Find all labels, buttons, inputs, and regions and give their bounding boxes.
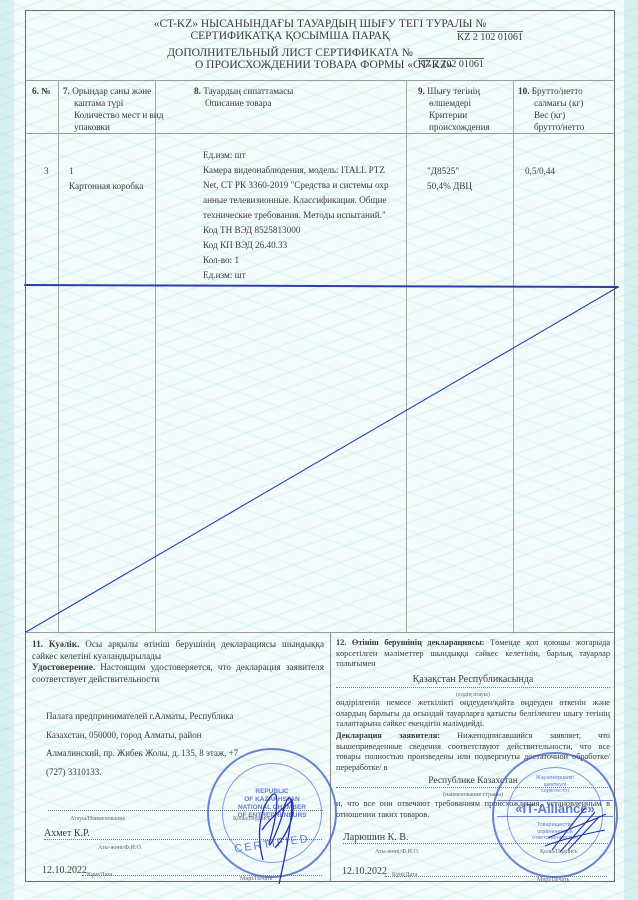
company-stamp-bottom: Товарищество ограниченной ответственност… <box>520 822 590 842</box>
chamber-stamp-text: REPUBLIC OF KAZAKHSTAN NATIONAL CHAMBER … <box>232 788 312 820</box>
col-divider <box>513 80 514 632</box>
box11-date: 12.10.2022 <box>42 865 87 877</box>
box11-address: Палата предпринимателей г.Алматы, Респуб… <box>46 707 238 781</box>
company-stamp-name: «IT-Alliance» <box>497 800 613 817</box>
col-header-weight: 10. Брутто/нетто салмағы (кг) Вес (кг) б… <box>518 85 584 133</box>
date-line-12 <box>385 876 607 877</box>
col-header-description: 8. Тауардың сипаттамасы Описание товара <box>194 85 293 109</box>
caption-fio-11: Аты-жөні/Ф.И.О. <box>98 842 142 854</box>
box12-declaration-kz-cont: өндірілгенін немесе жеткілікті өңдеуден/… <box>336 698 610 730</box>
header-kz-line2: СЕРТИФИКАТҚА ҚОСЫМША ПАРАҚ <box>190 30 390 42</box>
header-kz-line1: «CT-KZ» НЫСАНЫНДАҒЫ ТАУАРДЫҢ ШЫҒУ ТЕГІ Т… <box>120 18 520 30</box>
box12-date: 12.10.2022 <box>342 866 387 878</box>
col-header-number: 6. № <box>32 85 50 97</box>
box12-declaration-kz: 12. Өтініш берушінің декларациясы: Төмен… <box>336 638 610 670</box>
table-bottom-divider <box>25 632 615 633</box>
col-header-origin-criteria: 9. Шығу тегінің өлшемдері Критерии проис… <box>418 85 490 133</box>
caption-fio-12: Аты-жөні/Ф.И.О. <box>375 846 419 858</box>
box-divider <box>330 632 331 882</box>
country-line-kz <box>336 687 610 688</box>
col-divider <box>155 80 156 632</box>
box11-certification-text: 11. Куәлік. Осы арқылы өтініш берушінің … <box>32 639 324 685</box>
column-header-divider <box>25 133 615 134</box>
col-divider <box>406 80 407 632</box>
header-ru-line2: О ПРОИСХОЖДЕНИИ ТОВАРА ФОРМЫ «СТ-KZ» <box>195 59 420 71</box>
certificate-number-kz: KZ 2 102 01061 <box>457 31 523 44</box>
row-weight: 0,5/0,44 <box>525 164 555 179</box>
row-origin-criteria: "Д8525" 50,4% ДВЦ <box>427 164 472 194</box>
col-divider <box>58 80 59 632</box>
caption-date-11: Күні/Дата <box>87 869 113 881</box>
certificate-number-ru: KZ 2 102 01061 <box>418 58 484 71</box>
row-packages: 1 Картонная коробка <box>69 164 143 194</box>
header-divider <box>25 80 615 81</box>
caption-name: Атауы/Наименование <box>70 813 125 825</box>
row-description: Ед.изм: шт Камера видеонаблюдения, модел… <box>203 148 389 283</box>
company-stamp-top: Жауапкершілігі шектеулі серіктестігі <box>520 775 590 795</box>
caption-date-12: Күні/Дата <box>392 869 418 881</box>
col-header-packages: 7. Орындар саны және каптама түрі Количе… <box>63 85 163 133</box>
header-ru-line1: ДОПОЛНИТЕЛЬНЫЙ ЛИСТ СЕРТИФИКАТА № <box>165 47 415 59</box>
row-number: 3 <box>44 164 49 179</box>
box12-country-kz: Қазақстан Республикасында <box>336 674 610 686</box>
